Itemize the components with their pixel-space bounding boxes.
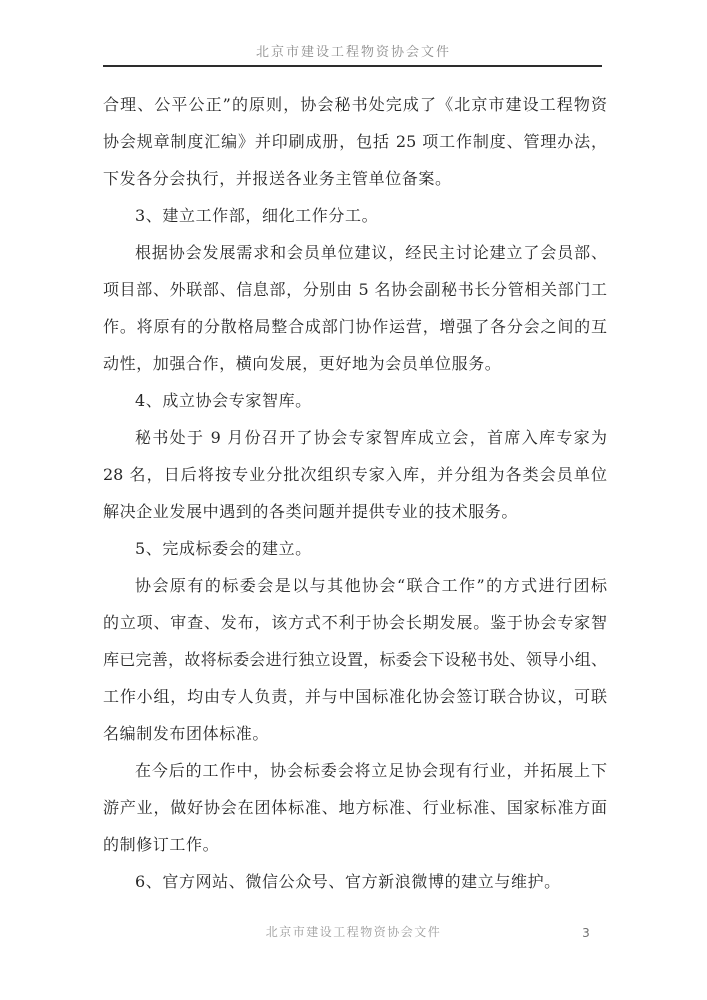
body-line: 动性，加强合作，横向发展，更好地为会员单位服务。 [103,345,607,382]
body-line: 游产业，做好协会在团体标准、地方标准、行业标准、国家标准方面 [103,789,607,826]
header-rule-divider [103,65,602,67]
document-body: 合理、公平公正”的原则，协会秘书处完成了《北京市建设工程物资协会规章制度汇编》并… [103,86,607,900]
document-page: 北京市建设工程物资协会文件 合理、公平公正”的原则，协会秘书处完成了《北京市建设… [0,0,707,1000]
body-line: 4、成立协会专家智库。 [103,382,607,419]
body-line: 项目部、外联部、信息部，分别由 5 名协会副秘书长分管相关部门工 [103,271,607,308]
page-header-title: 北京市建设工程物资协会文件 [0,44,707,62]
body-line: 在今后的工作中，协会标委会将立足协会现有行业，并拓展上下 [103,752,607,789]
body-line: 28 名，日后将按专业分批次组织专家入库，并分组为各类会员单位 [103,456,607,493]
body-line: 协会原有的标委会是以与其他协会“联合工作”的方式进行团标 [103,567,607,604]
page-number: 3 [578,925,594,941]
body-line: 根据协会发展需求和会员单位建议，经民主讨论建立了会员部、 [103,234,607,271]
body-line: 作。将原有的分散格局整合成部门协作运营，增强了各分会之间的互 [103,308,607,345]
body-line: 3、建立工作部，细化工作分工。 [103,197,607,234]
body-line: 工作小组，均由专人负责，并与中国标准化协会签订联合协议，可联 [103,678,607,715]
body-line: 的制修订工作。 [103,826,607,863]
body-line: 解决企业发展中遇到的各类问题并提供专业的技术服务。 [103,493,607,530]
body-line: 合理、公平公正”的原则，协会秘书处完成了《北京市建设工程物资 [103,86,607,123]
body-line: 库已完善，故将标委会进行独立设置，标委会下设秘书处、领导小组、 [103,641,607,678]
body-line: 6、官方网站、微信公众号、官方新浪微博的建立与维护。 [103,863,607,900]
body-line: 协会规章制度汇编》并印刷成册，包括 25 项工作制度、管理办法， [103,123,607,160]
body-line: 5、完成标委会的建立。 [103,530,607,567]
page-footer-title: 北京市建设工程物资协会文件 [0,924,707,940]
body-line: 名编制发布团体标准。 [103,715,607,752]
body-line: 秘书处于 9 月份召开了协会专家智库成立会，首席入库专家为 [103,419,607,456]
body-line: 的立项、审查、发布，该方式不利于协会长期发展。鉴于协会专家智 [103,604,607,641]
body-line: 下发各分会执行，并报送各业务主管单位备案。 [103,160,607,197]
